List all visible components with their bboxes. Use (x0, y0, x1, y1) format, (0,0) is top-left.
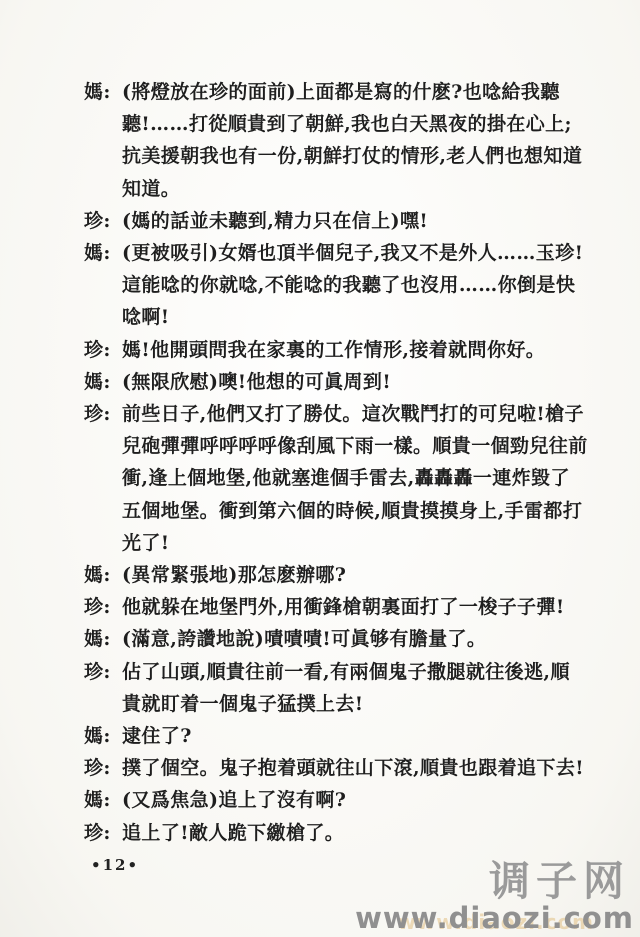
dialogue-text: (更被吸引)女婿也頂半個兒子,我又不是外人……玉珍! (122, 237, 583, 269)
dialogue-text: (異常緊張地)那怎麽辦哪? (122, 559, 576, 591)
dialogue-text: 媽!他開頭問我在家裏的工作情形,接着就問你好。 (122, 334, 576, 366)
dialogue-text: 他就躲在地堡門外,用衝鋒槍朝裏面打了一梭子子彈! (122, 591, 576, 623)
speaker-label: 珍: (84, 817, 122, 849)
dialogue-line: 媽:(滿意,誇讚地說)嘖嘖嘖!可眞够有膽量了。 (84, 623, 576, 655)
dialogue-text: 撲了個空。鬼子抱着頭就往山下滾,順貴也跟着追下去! (122, 752, 584, 784)
dialogue-line: 媽:逮住了? (84, 720, 576, 752)
dialogue-text: 這能唸的你就唸,不能唸的我聽了也沒用……你倒是快 (122, 269, 576, 301)
watermark-site-name: 调子网 (355, 860, 630, 903)
dialogue-line: 聽!……打從順貴到了朝鮮,我也白天黑夜的掛在心上; (84, 108, 576, 140)
speaker-label: 珍: (84, 656, 122, 688)
dialogue-text: (媽的話並未聽到,精力只在信上)嘿! (122, 205, 576, 237)
dialogue-line: 媽:(更被吸引)女婿也頂半個兒子,我又不是外人……玉珍! (84, 237, 576, 269)
dialogue-line: 珍:追上了!敵人跪下繳槍了。 (84, 817, 576, 849)
dialogue-line: 知道。 (84, 173, 576, 205)
speaker-label: 媽: (84, 720, 122, 752)
dialogue-line: 貴就盯着一個鬼子猛撲上去! (84, 688, 576, 720)
speaker-label: 媽: (84, 623, 122, 655)
dialogue-text: 知道。 (122, 173, 576, 205)
speaker-label: 珍: (84, 334, 122, 366)
dialogue-text: 貴就盯着一個鬼子猛撲上去! (122, 688, 576, 720)
speaker-label: 珍: (84, 591, 122, 623)
watermark: www.diaozi.com 调子网 www.diaozi.com (355, 860, 634, 933)
dialogue-line: 媽:(將燈放在珍的面前)上面都是寫的什麽?也唸給我聽 (84, 76, 576, 108)
dialogue-text: (又爲焦急)追上了沒有啊? (122, 784, 576, 816)
dialogue-line: 珍:佔了山頭,順貴往前一看,有兩個鬼子撒腿就往後逃,順 (84, 656, 576, 688)
dialogue-line: 這能唸的你就唸,不能唸的我聽了也沒用……你倒是快 (84, 269, 576, 301)
speaker-label: 珍: (84, 205, 122, 237)
dialogue-line: 珍:媽!他開頭問我在家裏的工作情形,接着就問你好。 (84, 334, 576, 366)
dialogue-line: 抗美援朝我也有一份,朝鮮打仗的情形,老人們也想知道 (84, 140, 576, 172)
speaker-label: 媽: (84, 784, 122, 816)
dialogue-line: 珍:撲了個空。鬼子抱着頭就往山下滾,順貴也跟着追下去! (84, 752, 576, 784)
dialogue-text: (將燈放在珍的面前)上面都是寫的什麽?也唸給我聽 (122, 76, 576, 108)
speaker-label: 珍: (84, 752, 122, 784)
dialogue-text: 光了! (122, 527, 576, 559)
page-number: •12• (91, 856, 139, 874)
dialogue-line: 媽:(又爲焦急)追上了沒有啊? (84, 784, 576, 816)
dialogue-text: 唸啊! (122, 301, 576, 333)
dialogue-line: 衝,逢上個地堡,他就塞進個手雷去,轟轟轟一連炸毀了 (84, 462, 576, 494)
dialogue-text: 佔了山頭,順貴往前一看,有兩個鬼子撒腿就往後逃,順 (122, 656, 576, 688)
dialogue-line: 珍:(媽的話並未聽到,精力只在信上)嘿! (84, 205, 576, 237)
dialogue-text: 追上了!敵人跪下繳槍了。 (122, 817, 576, 849)
speaker-label: 媽: (84, 559, 122, 591)
dialogue-line: 珍:他就躲在地堡門外,用衝鋒槍朝裏面打了一梭子子彈! (84, 591, 576, 623)
speaker-label: 媽: (84, 76, 122, 108)
dialogue-text: 前些日子,他們又打了勝仗。這次戰鬥打的可兒啦!槍子 (122, 398, 584, 430)
dialogue-line: 五個地堡。衝到第六個的時候,順貴摸摸身上,手雷都打 (84, 495, 576, 527)
dialogue-block: 媽:(將燈放在珍的面前)上面都是寫的什麽?也唸給我聽 聽!……打從順貴到了朝鮮,… (84, 76, 576, 849)
watermark-site-url: www.diaozi.com (355, 903, 634, 933)
dialogue-line: 媽:(異常緊張地)那怎麽辦哪? (84, 559, 576, 591)
dialogue-text: 兒砲彈彈呼呼呼呼像刮風下雨一樣。順貴一個勁兒往前 (122, 430, 588, 462)
dialogue-text: 五個地堡。衝到第六個的時候,順貴摸摸身上,手雷都打 (122, 495, 582, 527)
scanned-book-page: 媽:(將燈放在珍的面前)上面都是寫的什麽?也唸給我聽 聽!……打從順貴到了朝鮮,… (0, 0, 640, 937)
dialogue-text: 衝,逢上個地堡,他就塞進個手雷去,轟轟轟一連炸毀了 (122, 462, 576, 494)
dialogue-line: 兒砲彈彈呼呼呼呼像刮風下雨一樣。順貴一個勁兒往前 (84, 430, 576, 462)
dialogue-text: (無限欣慰)噢!他想的可眞周到! (122, 366, 576, 398)
dialogue-text: 抗美援朝我也有一份,朝鮮打仗的情形,老人們也想知道 (122, 140, 582, 172)
dialogue-text: (滿意,誇讚地說)嘖嘖嘖!可眞够有膽量了。 (122, 623, 576, 655)
dialogue-line: 唸啊! (84, 301, 576, 333)
dialogue-line: 珍:前些日子,他們又打了勝仗。這次戰鬥打的可兒啦!槍子 (84, 398, 576, 430)
dialogue-line: 媽:(無限欣慰)噢!他想的可眞周到! (84, 366, 576, 398)
speaker-label: 珍: (84, 398, 122, 430)
dialogue-text: 聽!……打從順貴到了朝鮮,我也白天黑夜的掛在心上; (122, 108, 576, 140)
dialogue-text: 逮住了? (122, 720, 576, 752)
dialogue-line: 光了! (84, 527, 576, 559)
speaker-label: 媽: (84, 366, 122, 398)
speaker-label: 媽: (84, 237, 122, 269)
